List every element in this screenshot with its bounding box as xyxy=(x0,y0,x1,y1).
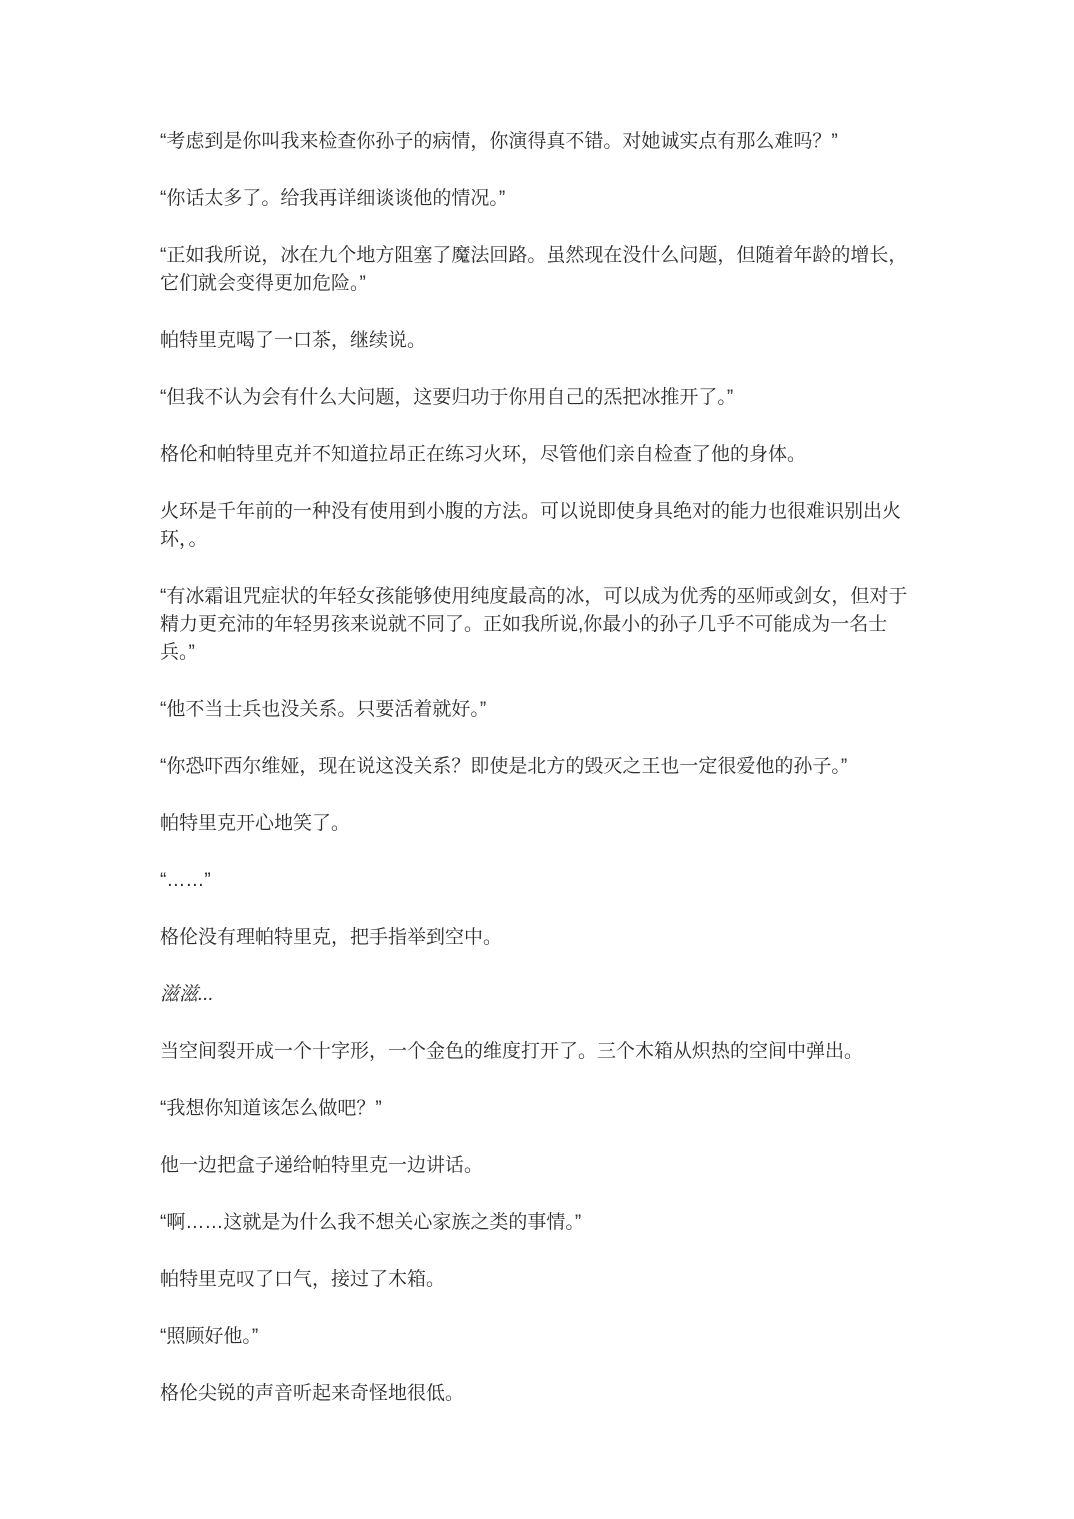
paragraph: 帕特里克叹了口气，接过了木箱。 xyxy=(160,1266,918,1294)
paragraph: 当空间裂开成一个十字形，一个金色的维度打开了。三个木箱从炽热的空间中弹出。 xyxy=(160,1038,918,1066)
paragraph: “有冰霜诅咒症状的年轻女孩能够使用纯度最高的冰，可以成为优秀的巫师或剑女，但对于… xyxy=(160,583,918,667)
paragraph: “我想你知道该怎么做吧？” xyxy=(160,1095,918,1123)
paragraph: “……” xyxy=(160,867,918,895)
paragraph: “他不当士兵也没关系。只要活着就好。” xyxy=(160,696,918,724)
paragraph-sound-effect: 滋滋... xyxy=(160,981,918,1009)
document-page: “考虑到是你叫我来检查你孙子的病情，你演得真不错。对她诚实点有那么难吗？” “你… xyxy=(0,0,1074,1519)
paragraph: “你恐吓西尔维娅，现在说这没关系？即使是北方的毁灭之王也一定很爱他的孙子。” xyxy=(160,753,918,781)
paragraph: 格伦尖锐的声音听起来奇怪地很低。 xyxy=(160,1380,918,1408)
paragraph: “照顾好他。” xyxy=(160,1323,918,1351)
paragraph: “你话太多了。给我再详细谈谈他的情况。” xyxy=(160,185,918,213)
paragraph: 他一边把盒子递给帕特里克一边讲话。 xyxy=(160,1152,918,1180)
paragraph: “考虑到是你叫我来检查你孙子的病情，你演得真不错。对她诚实点有那么难吗？” xyxy=(160,128,918,156)
paragraph: “但我不认为会有什么大问题，这要归功于你用自己的炁把冰推开了。” xyxy=(160,384,918,412)
paragraph: 格伦没有理帕特里克，把手指举到空中。 xyxy=(160,924,918,952)
paragraph: 帕特里克喝了一口茶，继续说。 xyxy=(160,327,918,355)
document-body: “考虑到是你叫我来检查你孙子的病情，你演得真不错。对她诚实点有那么难吗？” “你… xyxy=(0,0,1074,1408)
paragraph: “啊……这就是为什么我不想关心家族之类的事情。” xyxy=(160,1209,918,1237)
paragraph: 火环是千年前的一种没有使用到小腹的方法。可以说即使身具绝对的能力也很难识别出火环… xyxy=(160,498,918,554)
paragraph: 格伦和帕特里克并不知道拉昂正在练习火环，尽管他们亲自检查了他的身体。 xyxy=(160,441,918,469)
paragraph: 帕特里克开心地笑了。 xyxy=(160,810,918,838)
paragraph: “正如我所说，冰在九个地方阻塞了魔法回路。虽然现在没什么问题，但随着年龄的增长，… xyxy=(160,242,918,298)
